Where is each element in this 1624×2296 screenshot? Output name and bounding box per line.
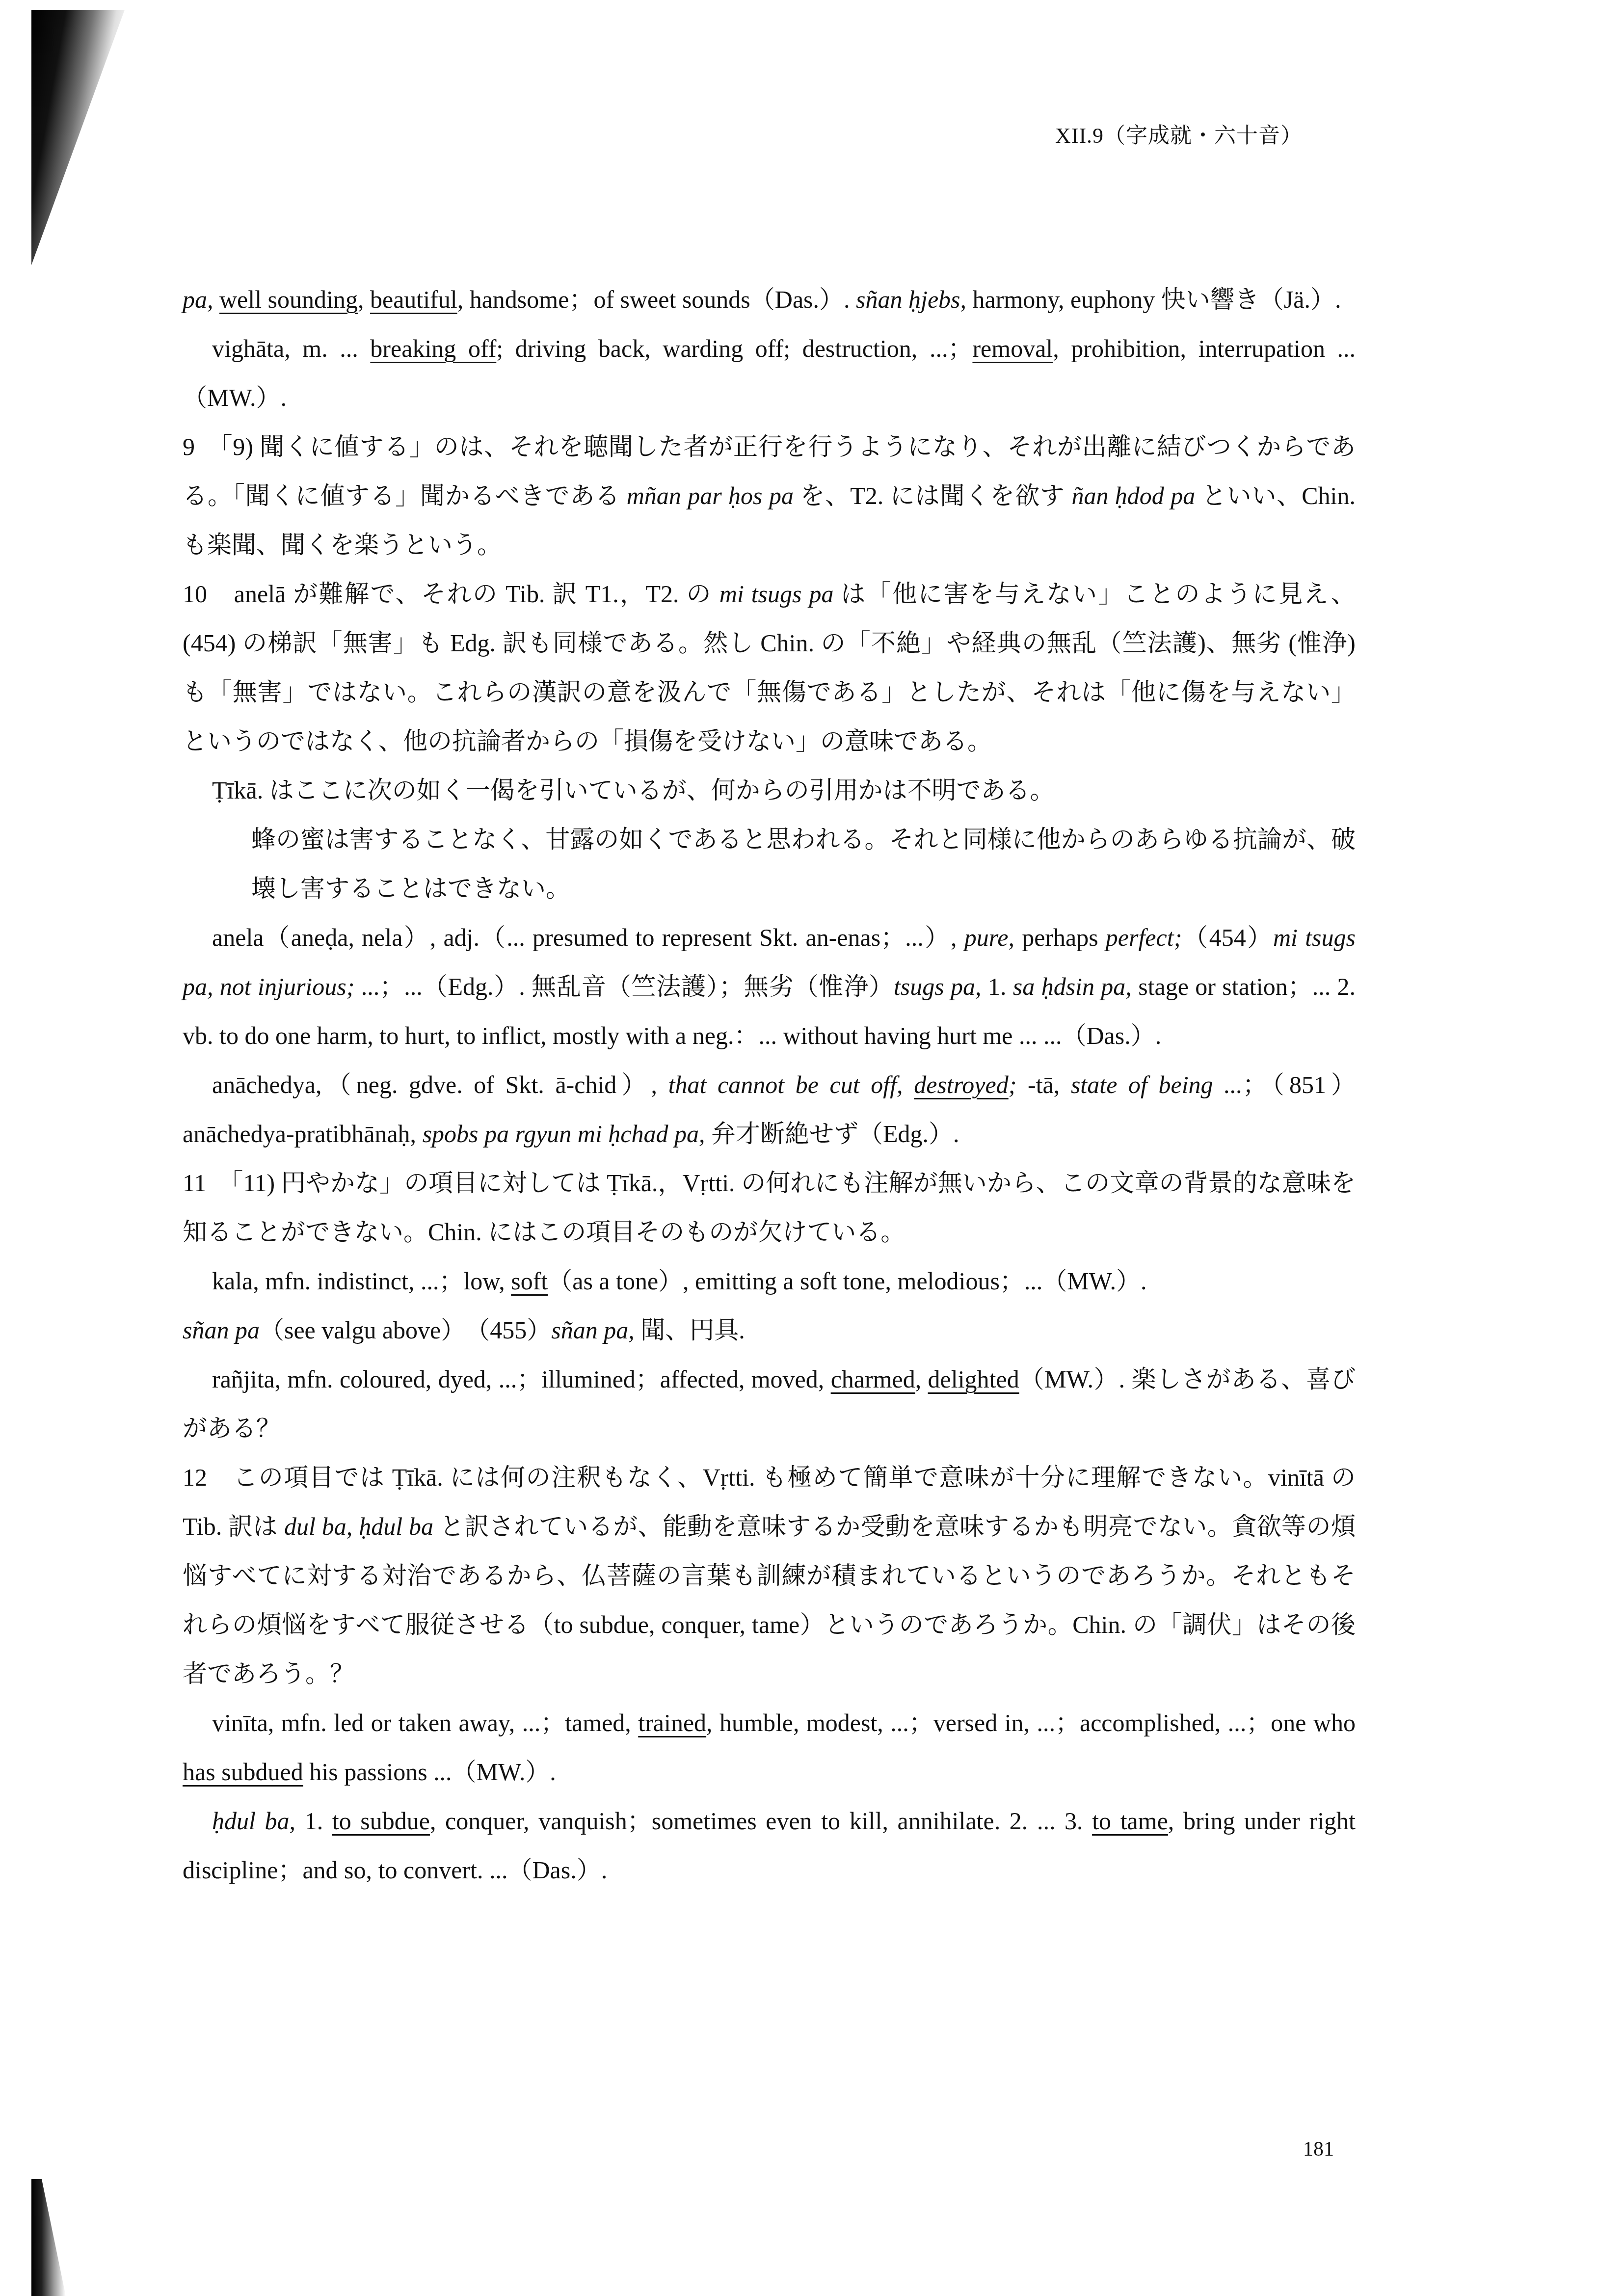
italic-term: mi tsugs pa [719, 580, 834, 608]
note-paragraph: 11 「11) 円やかな」の項目に対しては Ṭīkā.，Vṛtti. の何れにも… [183, 1158, 1356, 1256]
page-number: 181 [1303, 2137, 1334, 2161]
text-run: 11 「11) 円やかな」の項目に対しては Ṭīkā.，Vṛtti. の何れにも… [183, 1169, 1356, 1246]
text-run: （454） [1182, 924, 1273, 951]
text-run: 蜂の蜜は害することなく、甘露の如くであると思われる。それと同様に他からのあらゆる… [251, 826, 1356, 902]
dictionary-entry: ḥdul ba, 1. to subdue, conquer, vanquish… [183, 1796, 1356, 1895]
dictionary-entry: pa, well sounding, beautiful, handsome；o… [183, 275, 1356, 324]
scan-edge-shadow-bottom [31, 2179, 66, 2296]
text-run: ; driving back, warding off; destruction… [496, 335, 972, 362]
italic-term: that cannot be cut off, [668, 1071, 914, 1098]
underlined-term: breaking off [370, 335, 496, 362]
dictionary-entry: rañjita, mfn. coloured, dyed, ...；illumi… [183, 1355, 1356, 1453]
dictionary-entry: vighāta, m. ... breaking off; driving ba… [183, 324, 1356, 422]
text-run: 1. [982, 973, 1013, 1000]
italic-term: ñan ḥdod pa [1071, 482, 1195, 509]
underlined-term: well sounding [219, 286, 358, 313]
text-run: , handsome；of sweet sounds（Das.）. [457, 286, 856, 313]
italic-term: pure, [964, 924, 1014, 951]
italic-term: mñan par ḥos pa [627, 482, 794, 509]
dictionary-entry: anāchedya,（neg. gdve. of Skt. ā-chid）, t… [183, 1060, 1356, 1158]
text-run: , [915, 1365, 928, 1393]
underlined-term: trained [638, 1709, 706, 1736]
note-paragraph: 10 anelā が難解で、それの Tib. 訳 T1.，T2. の mi ts… [183, 569, 1356, 766]
block-quote: 蜂の蜜は害することなく、甘露の如くであると思われる。それと同様に他からのあらゆる… [183, 815, 1356, 913]
italic-term: ; [1009, 1071, 1017, 1098]
text-run: harmony, euphony 快い響き（Jä.）. [966, 286, 1341, 313]
text-run: -tā, [1016, 1071, 1070, 1098]
text-run: vighāta, m. ... [212, 335, 370, 362]
italic-term: pa, [183, 286, 213, 313]
text-run: anāchedya,（neg. gdve. of Skt. ā-chid）, [212, 1071, 668, 1098]
dictionary-entry: kala, mfn. indistinct, ...；low, soft（as … [183, 1256, 1356, 1306]
underlined-term: destroyed [914, 1071, 1009, 1098]
text-run: （see valgu above） （455） [260, 1316, 551, 1344]
note-paragraph: 9 「9) 聞くに値する」のは、それを聴聞した者が正行を行うようになり、それが出… [183, 422, 1356, 569]
dictionary-entry: sñan pa（see valgu above） （455）sñan pa, 聞… [183, 1306, 1356, 1355]
underlined-term: has subdued [183, 1758, 303, 1786]
italic-term: sñan pa [183, 1316, 260, 1344]
text-run: , conquer, vanquish；sometimes even to ki… [430, 1807, 1092, 1835]
text-run: ...；...（Edg.）. 無乱音（竺法護）；無劣（惟浄） [354, 973, 894, 1000]
text-run: 聞、円具. [635, 1316, 745, 1344]
text-run: 弁才断絶せず（Edg.）. [705, 1120, 959, 1148]
scan-edge-shadow-top [31, 10, 125, 265]
text-run: Ṭīkā. はここに次の如く一偈を引いているが、何からの引用かは不明である。 [212, 776, 1055, 804]
underlined-term: beautiful [370, 286, 457, 313]
italic-term: spobs pa rgyun mi ḥchad pa, [423, 1120, 705, 1148]
italic-term: state of being ... [1071, 1071, 1243, 1098]
text-run: vinīta, mfn. led or taken away, ...；tame… [212, 1709, 638, 1736]
text-run: anela（aneḍa, nela）, adj.（... presumed to… [212, 924, 964, 951]
text-run [213, 286, 220, 313]
underlined-term: delighted [928, 1365, 1019, 1393]
italic-term: ḥdul ba, [212, 1807, 295, 1835]
underlined-term: to subdue [332, 1807, 430, 1835]
text-run: his passions ...（MW.）. [303, 1758, 556, 1786]
underlined-term: removal [972, 335, 1053, 362]
text-run: , humble, modest, ...；versed in, ...；acc… [706, 1709, 1356, 1736]
text-run: を、T2. には聞くを欲す [794, 482, 1071, 509]
dictionary-entry: vinīta, mfn. led or taken away, ...；tame… [183, 1698, 1356, 1796]
note-paragraph: 12 この項目では Ṭīkā. には何の注釈もなく、Vṛtti. も極めて簡単で… [183, 1453, 1356, 1698]
italic-term: perfect; [1106, 924, 1182, 951]
text-run: perhaps [1014, 924, 1106, 951]
underlined-term: soft [511, 1267, 548, 1295]
italic-term: sa ḥdsin pa, [1013, 973, 1132, 1000]
dictionary-entry: anela（aneḍa, nela）, adj.（... presumed to… [183, 913, 1356, 1060]
italic-term: dul ba, ḥdul ba [284, 1513, 433, 1540]
italic-term: tsugs pa, [894, 973, 982, 1000]
text-run: rañjita, mfn. coloured, dyed, ...；illumi… [212, 1365, 831, 1393]
italic-term: sñan ḥjebs, [856, 286, 966, 313]
text-run: 1. [295, 1807, 332, 1835]
underlined-term: charmed [831, 1365, 915, 1393]
text-run: , [358, 286, 370, 313]
text-run: kala, mfn. indistinct, ...；low, [212, 1267, 511, 1295]
underlined-term: to tame [1092, 1807, 1168, 1835]
dictionary-entry: Ṭīkā. はここに次の如く一偈を引いているが、何からの引用かは不明である。 [183, 766, 1356, 815]
running-head: XII.9（字成就・六十音） [1055, 118, 1303, 149]
italic-term: sñan pa, [551, 1316, 634, 1344]
main-text-block: pa, well sounding, beautiful, handsome；o… [183, 275, 1356, 1895]
text-run: （as a tone）, emitting a soft tone, melod… [548, 1267, 1146, 1295]
text-run: 10 anelā が難解で、それの Tib. 訳 T1.，T2. の [183, 580, 719, 608]
